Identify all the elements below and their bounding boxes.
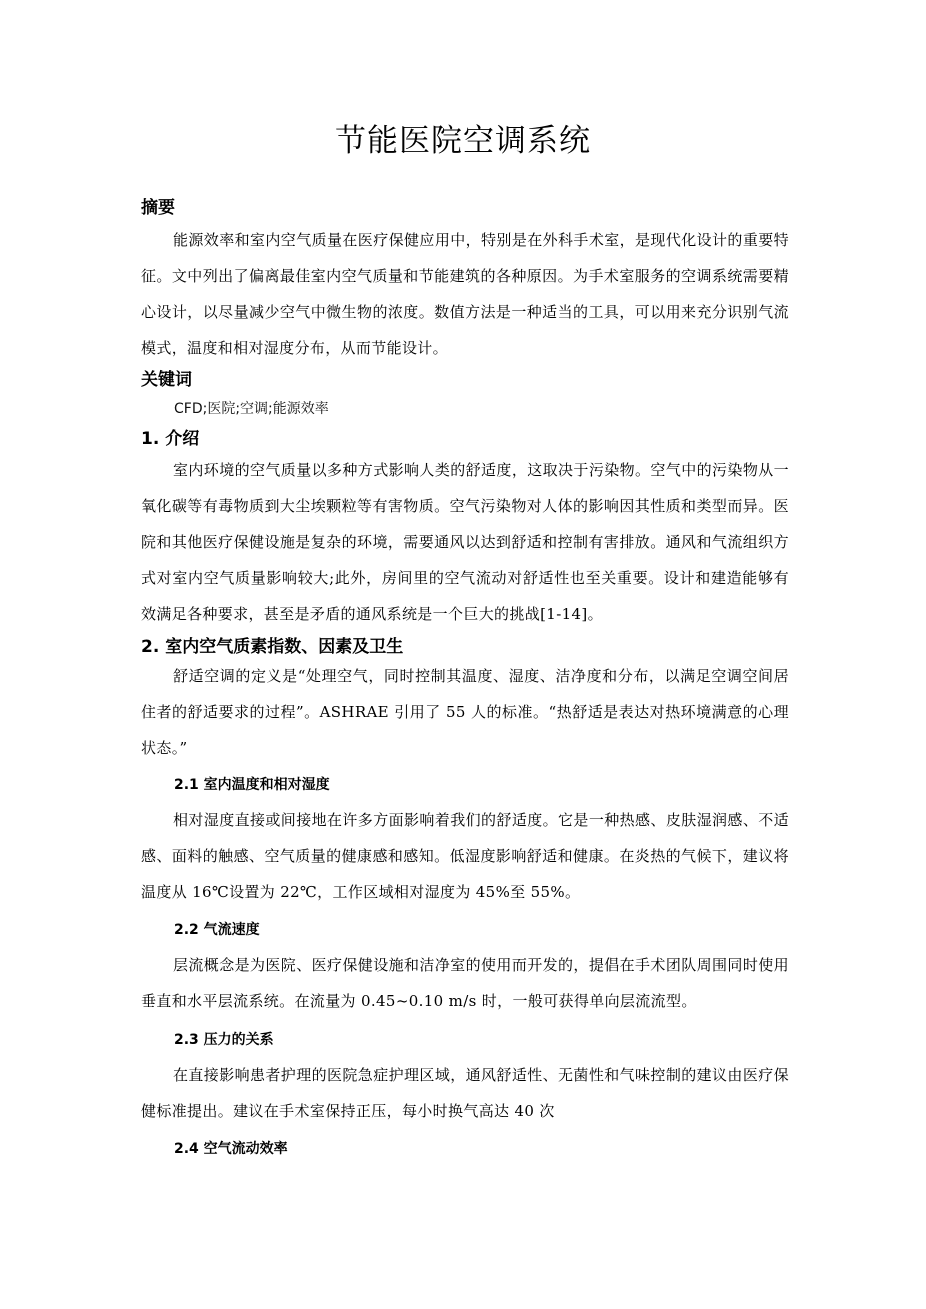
abstract-heading: 摘要 <box>141 197 175 219</box>
keywords-text: CFD;医院;空调;能源效率 <box>174 399 329 419</box>
section-2-heading: 2. 室内空气质素指数、因素及卫生 <box>141 636 403 658</box>
subsection-2-3-text: 在直接影响患者护理的医院急症护理区域，通风舒适性、无菌性和气味控制的建议由医疗保… <box>141 1057 789 1129</box>
section-1-text: 室内环境的空气质量以多种方式影响人类的舒适度，这取决于污染物。空气中的污染物从一… <box>141 452 789 632</box>
document-page: 节能医院空调系统 摘要 能源效率和室内空气质量在医疗保健应用中，特别是在外科手术… <box>0 0 926 1309</box>
subsection-2-4-heading: 2.4 空气流动效率 <box>174 1139 288 1159</box>
subsection-2-3-heading: 2.3 压力的关系 <box>174 1030 274 1050</box>
document-title: 节能医院空调系统 <box>0 121 926 161</box>
subsection-2-2-text: 层流概念是为医院、医疗保健设施和洁净室的使用而开发的，提倡在手术团队周围同时使用… <box>141 947 789 1019</box>
keywords-heading: 关键词 <box>141 369 192 391</box>
abstract-text: 能源效率和室内空气质量在医疗保健应用中，特别是在外科手术室，是现代化设计的重要特… <box>141 222 789 366</box>
section-2-text: 舒适空调的定义是“处理空气，同时控制其温度、湿度、洁净度和分布，以满足空调空间居… <box>141 658 789 766</box>
subsection-2-1-text: 相对湿度直接或间接地在许多方面影响着我们的舒适度。它是一种热感、皮肤湿润感、不适… <box>141 802 789 910</box>
subsection-2-1-heading: 2.1 室内温度和相对湿度 <box>174 775 330 795</box>
section-1-heading: 1. 介绍 <box>141 428 199 450</box>
subsection-2-2-heading: 2.2 气流速度 <box>174 920 260 940</box>
